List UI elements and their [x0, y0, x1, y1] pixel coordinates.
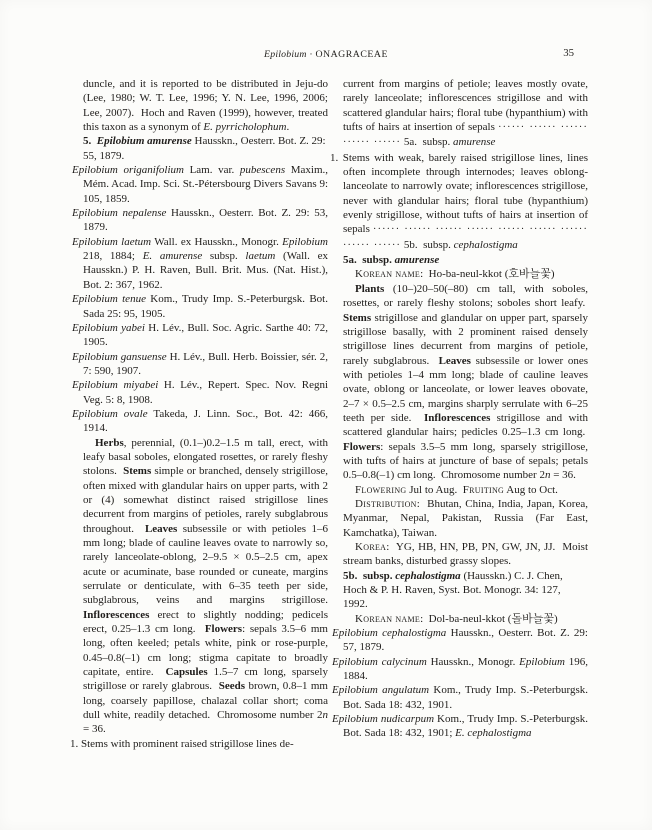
text-segment: : Ho-ba-neul-kkot (호바늘꽃)	[420, 268, 554, 280]
synonym-entry: Epilobium calycinum Hausskn., Monogr. Ep…	[343, 655, 588, 684]
text-segment: Capsules	[166, 666, 208, 678]
text-segment: Epilobium angulatum	[332, 684, 429, 696]
text-segment: E. pyrricholophum	[203, 121, 286, 133]
text-segment: 5.	[83, 135, 97, 147]
subspecies-heading-5b: 5b. subsp. cephalostigma (Hausskn.) C. J…	[343, 569, 588, 612]
text-segment: subsp.	[202, 250, 245, 262]
text-segment: Lam. var.	[184, 164, 240, 176]
text-segment: Jul to Aug.	[406, 484, 462, 496]
text-segment: : Dol-ba-neul-kkot (돌바늘꽃)	[420, 613, 558, 625]
phenology-note: Flowering Jul to Aug. Fruiting Aug to Oc…	[343, 483, 588, 497]
text-segment: amurense	[395, 254, 440, 266]
text-segment: 5a. subsp.	[343, 254, 395, 266]
text-segment: 5b. subsp.	[401, 239, 454, 251]
synonym-entry: Epilobium cephalostigma Hausskn., Oester…	[343, 626, 588, 655]
text-segment: Epilobium laetum	[72, 236, 151, 248]
korean-name-5b: Korean name: Dol-ba-neul-kkot (돌바늘꽃)	[343, 612, 588, 626]
text-segment: Distribution	[355, 498, 417, 510]
text-segment: 5a. subsp.	[401, 136, 453, 148]
text-segment: Epilobium gansuense	[72, 351, 167, 363]
text-segment: Seeds	[219, 680, 245, 692]
text-segment: cephalostigma	[454, 239, 518, 251]
synonym-entry: Epilobium gansuense H. Lév., Bull. Herb.…	[83, 350, 328, 379]
text-segment: Epilobium tenue	[72, 293, 146, 305]
key-item-2: 1. Stems with weak, barely raised strigi…	[343, 151, 588, 253]
synonym-entry: Epilobium nepalense Hausskn., Oesterr. B…	[83, 206, 328, 235]
text-segment: Fruiting	[463, 484, 504, 496]
text-segment: Epilobium amurense	[97, 135, 192, 147]
text-segment: = 36.	[83, 723, 106, 735]
text-segment: E. cephalostigma	[455, 727, 531, 739]
text-segment: Hausskn., Monogr.	[427, 656, 519, 668]
species-description: Herbs, perennial, (0.1–)0.2–1.5 m tall, …	[83, 436, 328, 737]
subspecies-description-5a: Plants (10–)20–50(–80) cm tall, with sob…	[343, 282, 588, 483]
text-segment: Flowers	[205, 623, 242, 635]
text-segment: 1. Stems with prominent raised strigillo…	[70, 738, 294, 750]
text-segment: Herbs	[95, 437, 124, 449]
text-segment: Aug to Oct.	[504, 484, 558, 496]
text-segment: n	[323, 709, 329, 721]
text-segment: Korea	[355, 541, 386, 553]
text-segment: pubescens	[240, 164, 285, 176]
document-page: Epilobium · ONAGRACEAE 35 duncle, and it…	[0, 0, 652, 830]
text-segment: Flowering	[355, 484, 406, 496]
text-segment: Inflorescences	[424, 412, 490, 424]
synonym-entry: Epilobium angulatum Kom., Trudy Imp. S.-…	[343, 683, 588, 712]
text-segment: Leaves	[145, 523, 177, 535]
text-segment: Inflorescences	[83, 609, 149, 621]
synonym-entry: Epilobium nudicarpum Kom., Trudy Imp. S.…	[343, 712, 588, 741]
text-segment: Stems	[123, 465, 151, 477]
synonym-entry: Epilobium miyabei H. Lév., Repert. Spec.…	[83, 378, 328, 407]
text-segment: Epilobium	[264, 49, 307, 60]
text-segment: = 36.	[550, 469, 575, 481]
text-segment: Epilobium nudicarpum	[332, 713, 434, 725]
text-segment: .	[287, 121, 290, 133]
text-segment: Epilobium cephalostigma	[332, 627, 446, 639]
key-item-1-continuation: current from margins of petiole; leaves …	[343, 77, 588, 151]
text-segment: Epilobium yabei	[72, 322, 145, 334]
text-segment: Epilobium nepalense	[72, 207, 166, 219]
text-segment: amurense	[453, 136, 495, 148]
text-segment: subsessile or with petioles 1–6 mm long;…	[83, 523, 328, 607]
text-segment: Plants	[355, 283, 384, 295]
text-segment: Wall. ex Hausskn., Monogr.	[151, 236, 282, 248]
text-segment: Stems	[343, 312, 371, 324]
text-segment: E. amurense	[143, 250, 203, 262]
text-segment: Epilobium	[282, 236, 328, 248]
synonym-entry: Epilobium origanifolium Lam. var. pubesc…	[83, 163, 328, 206]
page-number: 35	[563, 47, 574, 59]
text-segment: laetum	[245, 250, 275, 262]
korean-name-5a: Korean name: Ho-ba-neul-kkot (호바늘꽃)	[343, 267, 588, 281]
text-segment: Epilobium miyabei	[72, 379, 158, 391]
paragraph-continuation: duncle, and it is reported to be distrib…	[83, 77, 328, 134]
species-heading: 5. Epilobium amurense Hausskn., Oesterr.…	[83, 134, 328, 163]
text-segment: 218, 1884;	[83, 250, 143, 262]
text-segment: Epilobium	[519, 656, 565, 668]
key-item-1-start: 1. Stems with prominent raised strigillo…	[83, 737, 328, 751]
text-segment: Epilobium ovale	[72, 408, 148, 420]
text-segment: Epilobium origanifolium	[72, 164, 184, 176]
text-segment: cephalostigma	[395, 570, 460, 582]
synonym-entry: Epilobium laetum Wall. ex Hausskn., Mono…	[83, 235, 328, 292]
text-segment: 5b. subsp.	[343, 570, 395, 582]
text-segment: Epilobium calycinum	[332, 656, 427, 668]
distribution-note: Distribution: Bhutan, China, India, Japa…	[343, 497, 588, 540]
synonym-entry: Epilobium tenue Kom., Trudy Imp. S.-Pete…	[83, 292, 328, 321]
running-title: Epilobium · ONAGRACEAE	[0, 49, 652, 60]
synonym-entry: Epilobium ovale Takeda, J. Linn. Soc., B…	[83, 407, 328, 436]
text-segment: 1. Stems with weak, barely raised strigi…	[330, 152, 588, 236]
left-column: duncle, and it is reported to be distrib…	[83, 77, 328, 751]
text-segment: Korean name	[355, 613, 420, 625]
synonym-entry: Epilobium yabei H. Lév., Bull. Soc. Agri…	[83, 321, 328, 350]
text-segment: Korean name	[355, 268, 420, 280]
subspecies-heading-5a: 5a. subsp. amurense	[343, 253, 588, 267]
text-segment: Leaves	[439, 355, 471, 367]
right-column: current from margins of petiole; leaves …	[343, 77, 588, 741]
text-segment: Flowers	[343, 441, 380, 453]
korea-note: Korea: YG, HB, HN, PB, PN, GW, JN, JJ. M…	[343, 540, 588, 569]
text-segment: ONAGRACEAE	[315, 49, 388, 60]
